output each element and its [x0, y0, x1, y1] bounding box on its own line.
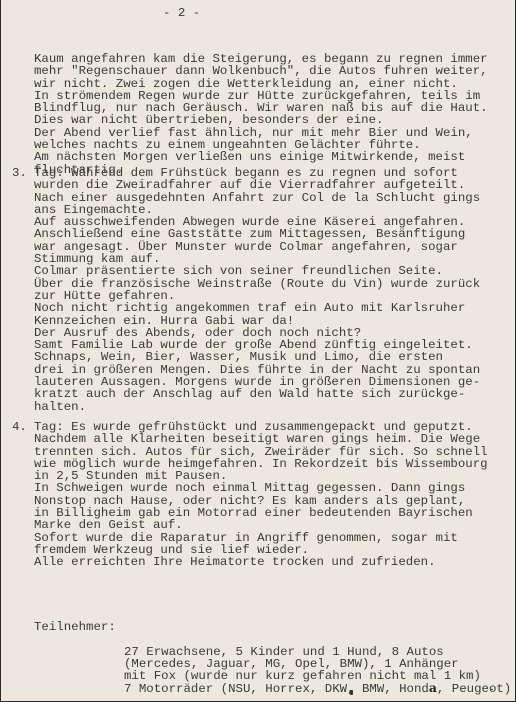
text-line: Noch nicht richtig angekommen traf ein A…: [34, 302, 480, 314]
text-line: Am nächsten Morgen verließen uns einige …: [34, 151, 488, 163]
text-line: kratzt auch der Anschlag auf den Wald ha…: [34, 388, 480, 400]
text-line: Kennzeichen ein. Hurra Gabi war da!: [34, 315, 480, 327]
day4-number: 4.: [12, 421, 27, 433]
day3-number: 3.: [12, 167, 27, 179]
handwritten-correction: a: [429, 680, 437, 695]
text-line: mehr "Regenschauer dann Wolkenbuch", die…: [34, 65, 488, 77]
ink-speck: [491, 689, 493, 690]
text-line: halten.: [34, 401, 480, 413]
text-line: Marke den Geist auf.: [34, 519, 488, 531]
text-line: Colmar präsentierte sich von seiner freu…: [34, 265, 480, 277]
participant-line: 7 Motorräder (NSU, Horrex, DKW, BMW, Hon…: [124, 682, 511, 694]
day3-paragraph: Tag: Während dem Frühstück begann es zu …: [34, 167, 480, 413]
text-line: Schnaps, Wein, Bier, Wasser, Musik und L…: [34, 351, 480, 363]
text-line: Anschließend eine Gaststätte zum Mittage…: [34, 228, 480, 240]
participant-line: mit Fox (wurde nur kurz gefahren nicht m…: [124, 670, 511, 682]
page-number: - 2 -: [163, 7, 200, 19]
text-line: Alle erreichten Ihre Heimatorte trocken …: [34, 556, 488, 568]
ink-speck: [350, 690, 353, 695]
text-line: In Schweigen wurde noch einmal Mittag ge…: [34, 482, 488, 494]
intro-paragraph: Kaum angefahren kam die Steigerung, es b…: [34, 53, 488, 176]
participants-label: Teilnehmer:: [34, 621, 116, 633]
day4-paragraph: Tag: Es wurde gefrühstückt und zusammeng…: [34, 421, 488, 569]
text-line: Nachdem alle Klarheiten beseitigt waren …: [34, 433, 488, 445]
motorcycles-text: 7 Motorräder (NSU, Horrex, DKW, BMW, Hon…: [124, 682, 429, 696]
motorcycles-text-end: , Peugeot): [437, 682, 511, 696]
participants-list: 27 Erwachsene, 5 Kinder und 1 Hund, 8 Au…: [124, 621, 511, 695]
text-line: Dies war nicht übertrieben, besonders de…: [34, 114, 488, 126]
text-line: wurden die Zweiradfahrer auf die Vierrad…: [34, 179, 480, 191]
typed-document-page: - 2 - Kaum angefahren kam die Steigerung…: [0, 0, 516, 702]
